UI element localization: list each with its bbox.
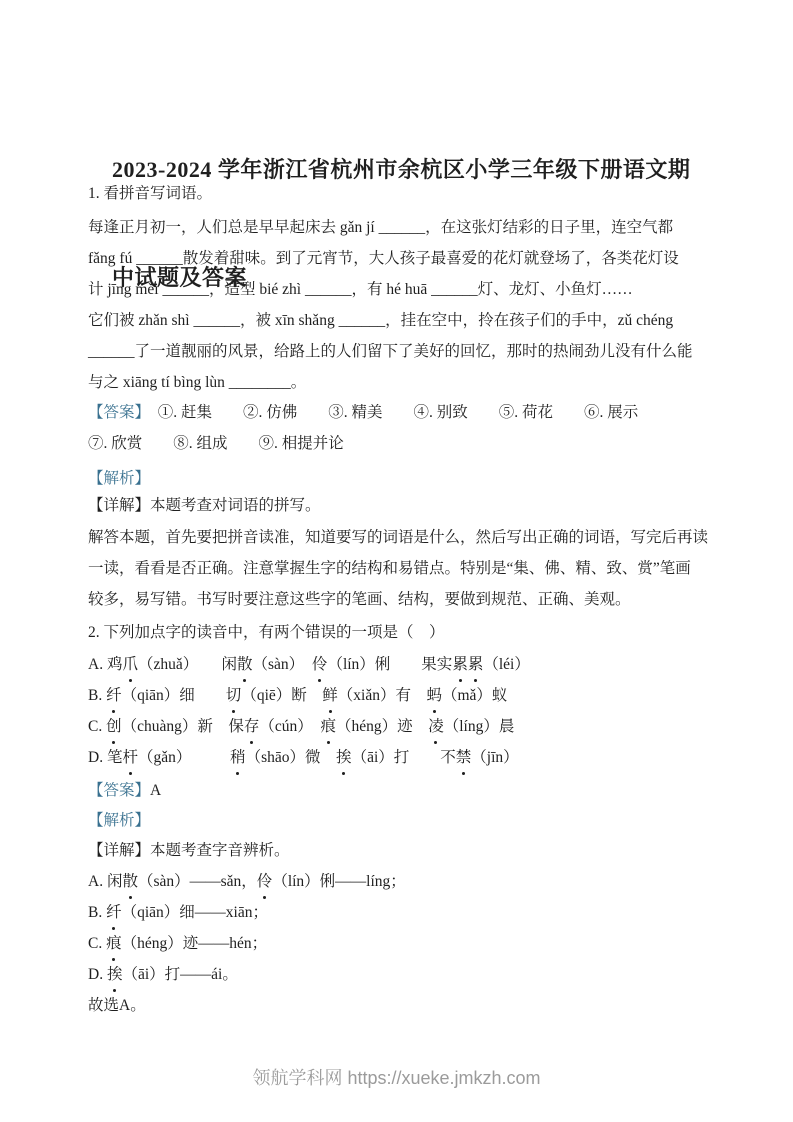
passage-line-2: fǎng fú ______散发着甜味。到了元宵节，大人孩子最喜爱的花灯就登场了…	[88, 243, 710, 274]
passage-line-4: 它们被 zhǎn shì ______，被 xīn shǎng ______，挂…	[88, 305, 710, 336]
option-d: D. 笔杆（gǎn） 稍（shāo）微 挨（āi）打 不禁（jīn）	[88, 742, 710, 773]
answer-label: 【答案】	[88, 404, 142, 421]
passage-line-3: 计 jīng měi ______，造型 bié zhì ______，有 hé…	[88, 274, 710, 305]
answer-label: 【答案】	[88, 782, 150, 799]
question-1-stem: 1. 看拼音写词语。	[88, 178, 710, 209]
answer-row-1: 【答案】 ①. 赶集 ②. 仿佛 ③. 精美 ④. 别致 ⑤. 荷花 ⑥. 展示	[88, 397, 710, 428]
question-2-answer: 【答案】A	[88, 775, 710, 806]
explanation-option-c: C. 痕（héng）迹——hén；	[88, 928, 710, 959]
explanation-option-a: A. 闲散（sàn）——sǎn，伶（lín）俐——líng；	[88, 866, 710, 897]
option-b: B. 纤（qiān）细 切（qiē）断 鲜（xiǎn）有 蚂（mǎ）蚁	[88, 680, 710, 711]
detail-line-q1: 【详解】本题考查对词语的拼写。	[88, 490, 710, 521]
conclusion-line: 故选A。	[88, 990, 710, 1021]
question-1-explanation: 解答本题，首先要把拼音读准，知道要写的词语是什么，然后写出正确的词语，写完后再读…	[88, 522, 710, 615]
question-2-options: A. 鸡爪（zhuǎ） 闲散（sàn） 伶（lín）俐 果实累累（léi） B.…	[88, 649, 710, 773]
answer-row-2: ⑦. 欣赏 ⑧. 组成 ⑨. 相提并论	[88, 428, 710, 459]
footer-site-url[interactable]: https://xueke.jmkzh.com	[347, 1068, 540, 1088]
answer-items-row-1: ①. 赶集 ②. 仿佛 ③. 精美 ④. 别致 ⑤. 荷花 ⑥. 展示	[142, 404, 638, 421]
explanation-option-b: B. 纤（qiān）细——xiān；	[88, 897, 710, 928]
analysis-label-q2: 【解析】	[88, 805, 710, 836]
passage-line-5: ______了一道靓丽的风景，给路上的人们留下了美好的回忆，那时的热闹劲儿没有什…	[88, 336, 710, 367]
question-2-stem: 2. 下列加点字的读音中，有两个错误的一项是（ ）	[88, 617, 710, 648]
explanation-option-d: D. 挨（āi）打——ái。	[88, 959, 710, 990]
answer-value: A	[150, 782, 161, 799]
exam-document-page: 2023-2024 学年浙江省杭州市余杭区小学三年级下册语文期 中试题及答案 1…	[0, 0, 793, 1122]
detail-line-q2: 【详解】本题考查字音辨析。	[88, 835, 710, 866]
footer-site-name: 领航学科网	[252, 1068, 342, 1088]
explanation-line-1: 解答本题，首先要把拼音读准，知道要写的词语是什么，然后写出正确的词语，写完后再读	[88, 522, 710, 553]
passage-line-1: 每逢正月初一，人们总是早早起床去 gǎn jí ______，在这张灯结彩的日子…	[88, 212, 710, 243]
option-a: A. 鸡爪（zhuǎ） 闲散（sàn） 伶（lín）俐 果实累累（léi）	[88, 649, 710, 680]
question-1-passage: 每逢正月初一，人们总是早早起床去 gǎn jí ______，在这张灯结彩的日子…	[88, 212, 710, 398]
passage-line-6: 与之 xiāng tí bìng lùn ________。	[88, 367, 710, 398]
question-2-explanation: A. 闲散（sàn）——sǎn，伶（lín）俐——líng； B. 纤（qiān…	[88, 866, 710, 1021]
explanation-line-3: 较多，易写错。书写时要注意这些字的笔画、结构，要做到规范、正确、美观。	[88, 584, 710, 615]
footer-watermark: 领航学科网 https://xueke.jmkzh.com	[0, 1064, 793, 1090]
explanation-line-2: 一读，看看是否正确。注意掌握生字的结构和易错点。特别是“集、佛、精、致、赏”笔画	[88, 553, 710, 584]
option-c: C. 创（chuàng）新 保存（cún） 痕（héng）迹 凌（líng）晨	[88, 711, 710, 742]
question-1-answer-block: 【答案】 ①. 赶集 ②. 仿佛 ③. 精美 ④. 别致 ⑤. 荷花 ⑥. 展示…	[88, 397, 710, 459]
